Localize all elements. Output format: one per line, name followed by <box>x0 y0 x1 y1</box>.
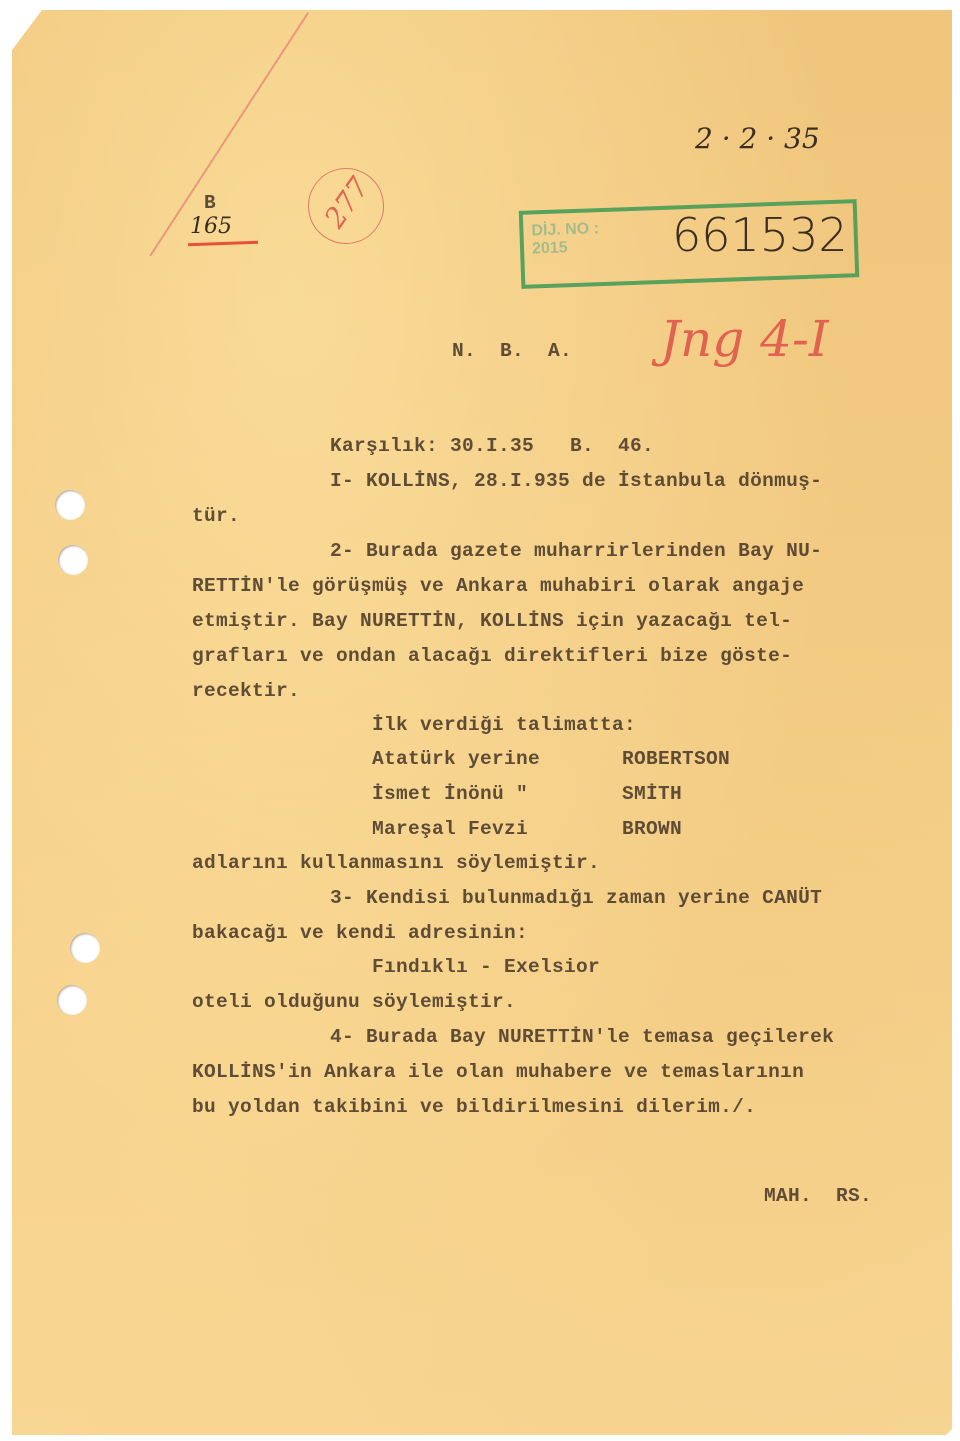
paragraph-4-line: 4- Burada Bay NURETTİN'le temasa geçiler… <box>330 1026 834 1048</box>
punch-hole <box>58 545 88 575</box>
punch-hole <box>70 933 100 963</box>
instruction-intro: İlk verdiği talimatta: <box>372 714 636 736</box>
red-annotation: Jng 4-I <box>660 310 829 368</box>
paragraph-1-line: I- KOLLİNS, 28.I.935 de İstanbula dönmuş… <box>330 470 822 492</box>
paragraph-2-line: RETTİN'le görüşmüş ve Ankara muhabiri ol… <box>192 575 804 597</box>
paragraph-2-line: recektir. <box>192 680 300 702</box>
code-name-alias: SMİTH <box>622 783 682 805</box>
punch-hole <box>55 490 85 520</box>
paragraph-3-end: oteli olduğunu söylemiştir. <box>192 991 516 1013</box>
document-header: N. B. A. <box>452 340 572 362</box>
code-name-alias: BROWN <box>622 818 682 840</box>
paragraph-2-line: etmiştir. Bay NURETTİN, KOLLİNS için yaz… <box>192 610 792 632</box>
paragraph-4-line: bu yoldan takibini ve bildirilmesini dil… <box>192 1096 756 1118</box>
stamp-number: 661532 <box>672 208 848 262</box>
paragraph-2-line: grafları ve ondan alacağı direktifleri b… <box>192 645 792 667</box>
instruction-end: adlarını kullanmasını söylemiştir. <box>192 852 600 874</box>
paragraph-3-line: bakacağı ve kendi adresinin: <box>192 922 528 944</box>
handwritten-date: 2 · 2 · 35 <box>695 122 820 155</box>
code-name-original: Mareşal Fevzi <box>372 818 528 840</box>
code-name-original: İsmet İnönü " <box>372 783 528 805</box>
paragraph-3-line: 3- Kendisi bulunmadığı zaman yerine CANÜ… <box>330 887 822 909</box>
paragraph-1-line: tür. <box>192 505 240 527</box>
stamp-label: DİJ. NO : 2015 <box>531 220 600 258</box>
signature: MAH. RS. <box>764 1185 872 1207</box>
reference-line: Karşılık: 30.I.35 B. 46. <box>330 435 654 457</box>
address: Fındıklı - Exelsior <box>372 956 600 978</box>
code-name-original: Atatürk yerine <box>372 748 540 770</box>
punch-hole <box>57 985 87 1015</box>
file-ref-number: 165 <box>190 214 232 239</box>
file-ref-letter: B <box>204 192 216 214</box>
paragraph-2-line: 2- Burada gazete muharrirlerinden Bay NU… <box>330 540 822 562</box>
code-name-alias: ROBERTSON <box>622 748 730 770</box>
paragraph-4-line: KOLLİNS'in Ankara ile olan muhabere ve t… <box>192 1061 804 1083</box>
